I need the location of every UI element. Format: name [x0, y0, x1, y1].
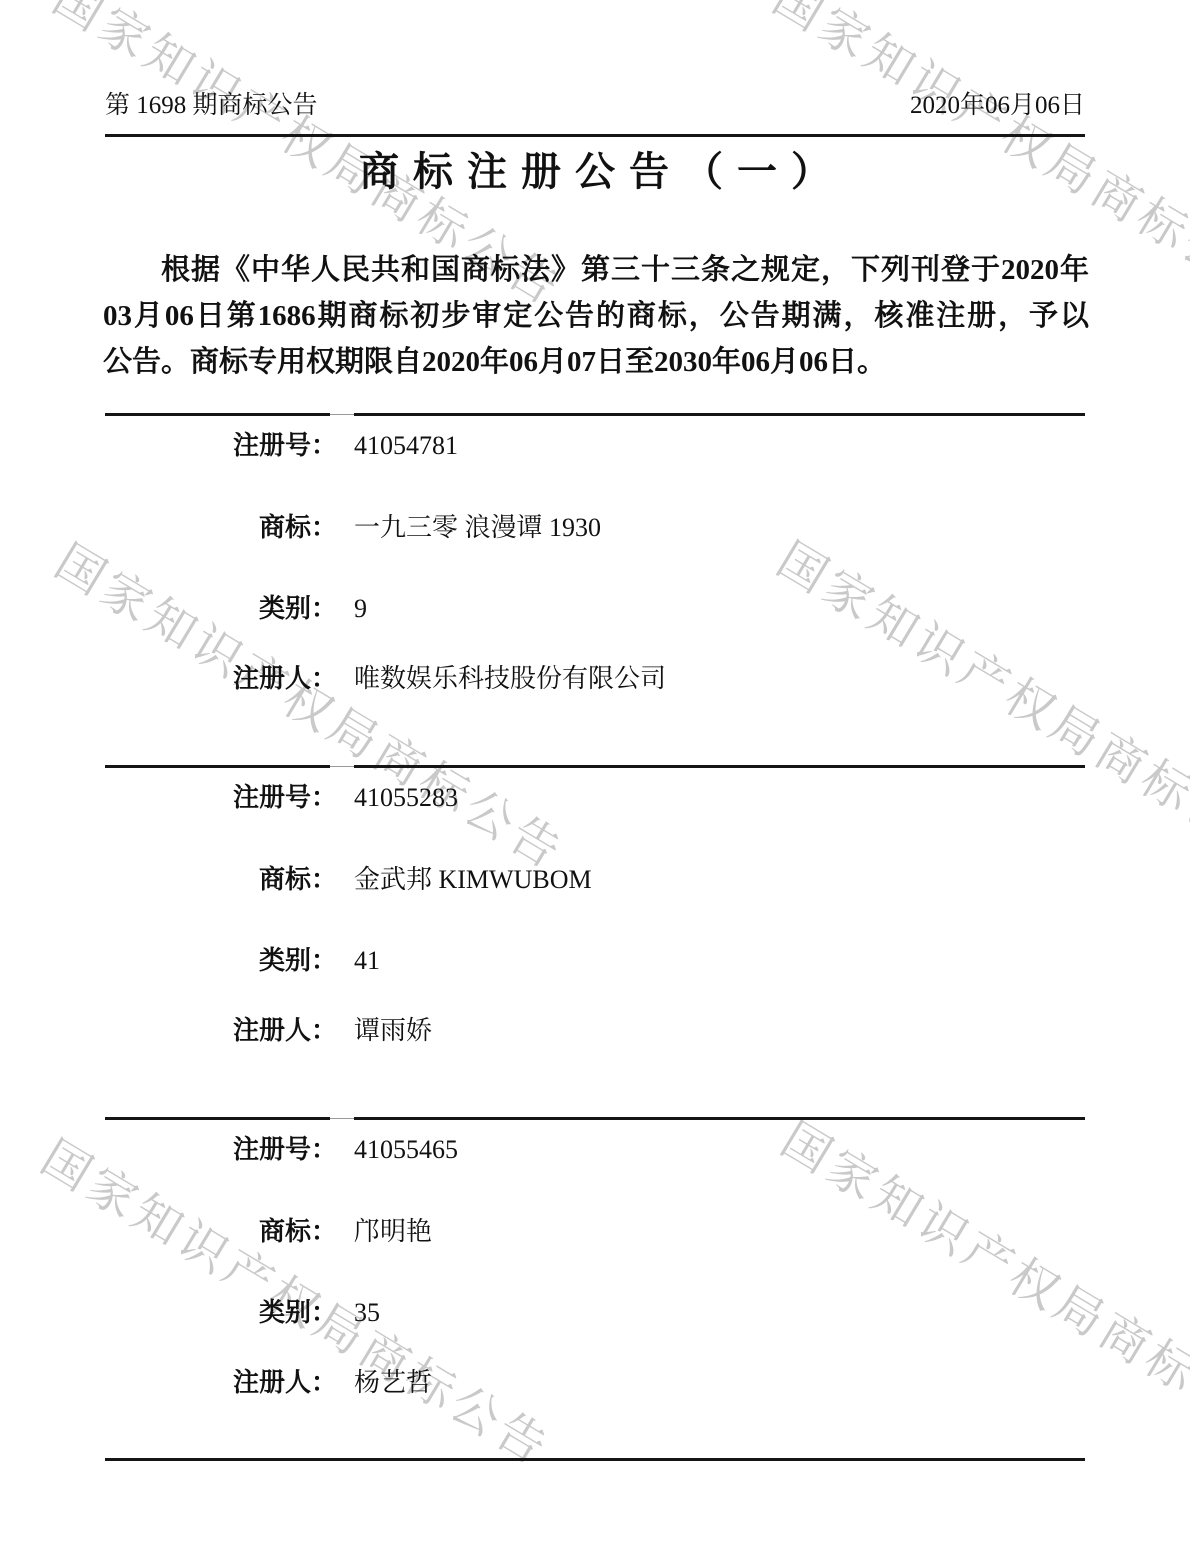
category-value: 41 — [354, 945, 380, 977]
reg-no-label: 注册号： — [105, 430, 337, 462]
intro-line: 公告。商标专用权期限自2020年06月07日至2030年06月06日。 — [103, 339, 1089, 385]
trademark-row: 商标： 一九三零 浪漫谭 1930 — [105, 512, 1085, 544]
category-row: 类别： 9 — [105, 593, 1085, 625]
gazette-issue-label: 第 1698 期商标公告 — [105, 90, 318, 122]
reg-no-label: 注册号： — [105, 782, 337, 814]
category-row: 类别： 41 — [105, 945, 1085, 977]
category-label: 类别： — [105, 945, 337, 977]
bottom-rule — [105, 1458, 1085, 1461]
intro-paragraph: 根据《中华人民共和国商标法》第三十三条之规定，下列刊登于2020年 03月06日… — [103, 247, 1089, 385]
registrant-label: 注册人： — [105, 663, 337, 695]
reg-no-row: 注册号： 41055283 — [105, 782, 1085, 814]
trademark-label: 商标： — [105, 512, 337, 544]
registrant-row: 注册人： 谭雨娇 — [105, 1015, 1085, 1047]
registrant-row: 注册人： 唯数娱乐科技股份有限公司 — [105, 663, 1085, 695]
page-title: 商标注册公告（一） — [0, 148, 1190, 196]
trademark-label: 商标： — [105, 1216, 337, 1248]
category-value: 9 — [354, 593, 367, 625]
reg-no-value: 41055465 — [354, 1134, 458, 1166]
registrant-value: 杨艺哲 — [354, 1367, 432, 1399]
intro-line: 根据《中华人民共和国商标法》第三十三条之规定，下列刊登于2020年 — [103, 247, 1089, 293]
trademark-entry: 注册号： 41055465 商标： 邝明艳 类别： 35 注册人： 杨艺哲 — [0, 1117, 1190, 1467]
trademark-label: 商标： — [105, 864, 337, 896]
page-header: 第 1698 期商标公告 2020年06月06日 — [105, 90, 1085, 122]
reg-no-value: 41055283 — [354, 782, 458, 814]
trademark-value: 邝明艳 — [354, 1216, 432, 1248]
registrant-row: 注册人： 杨艺哲 — [105, 1367, 1085, 1399]
trademark-row: 商标： 金武邦 KIMWUBOM — [105, 864, 1085, 896]
header-rule — [105, 134, 1085, 137]
trademark-row: 商标： 邝明艳 — [105, 1216, 1085, 1248]
category-label: 类别： — [105, 593, 337, 625]
registrant-value: 谭雨娇 — [354, 1015, 432, 1047]
reg-no-row: 注册号： 41055465 — [105, 1134, 1085, 1166]
trademark-entry: 注册号： 41055283 商标： 金武邦 KIMWUBOM 类别： 41 注册… — [0, 765, 1190, 1115]
registrant-value: 唯数娱乐科技股份有限公司 — [354, 663, 666, 695]
category-row: 类别： 35 — [105, 1297, 1085, 1329]
gazette-document-page: 国家知识产权局商标公告 国家知识产权局商标公告 国家知识产权局商标公告 国家知识… — [0, 0, 1190, 1564]
intro-line: 03月06日第1686期商标初步审定公告的商标，公告期满，核准注册，予以 — [103, 293, 1089, 339]
category-value: 35 — [354, 1297, 380, 1329]
registrant-label: 注册人： — [105, 1015, 337, 1047]
registrant-label: 注册人： — [105, 1367, 337, 1399]
reg-no-row: 注册号： 41054781 — [105, 430, 1085, 462]
category-label: 类别： — [105, 1297, 337, 1329]
trademark-entry: 注册号： 41054781 商标： 一九三零 浪漫谭 1930 类别： 9 注册… — [0, 413, 1190, 763]
trademark-value: 金武邦 KIMWUBOM — [354, 864, 592, 896]
reg-no-value: 41054781 — [354, 430, 458, 462]
trademark-value: 一九三零 浪漫谭 1930 — [354, 512, 601, 544]
gazette-date: 2020年06月06日 — [910, 90, 1085, 122]
reg-no-label: 注册号： — [105, 1134, 337, 1166]
